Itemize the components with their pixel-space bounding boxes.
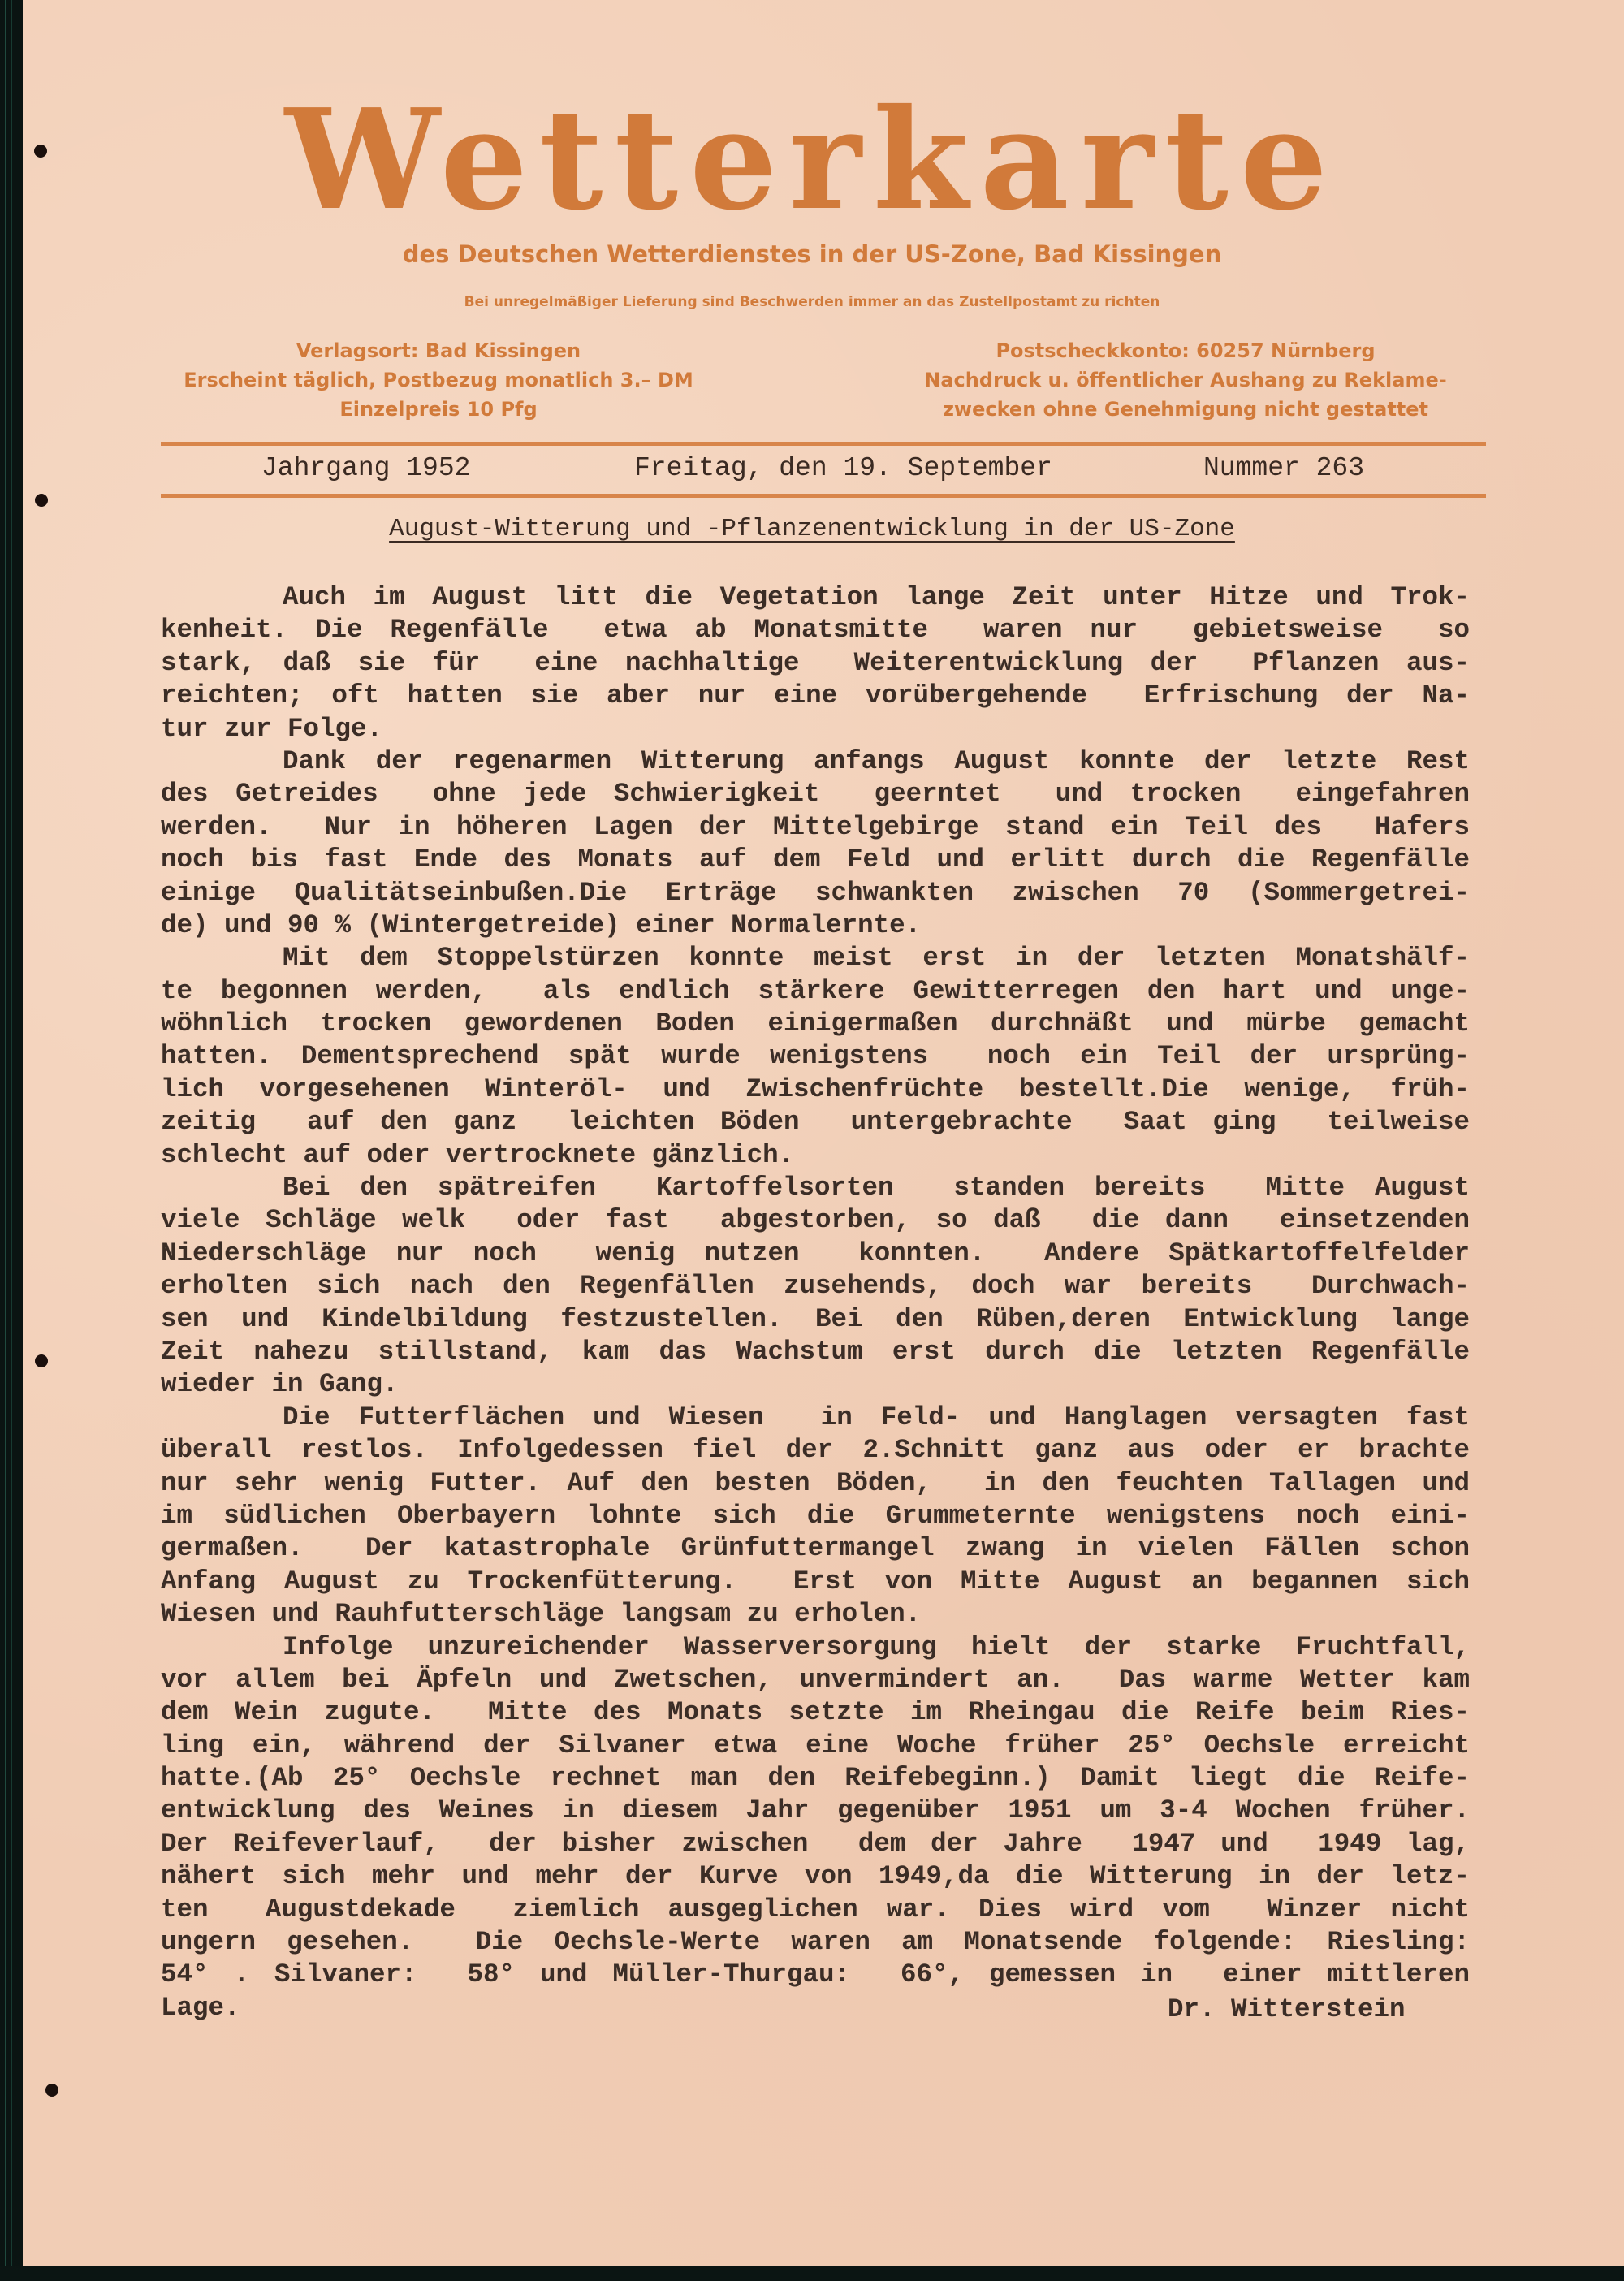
body-line: Zeit nahezu stillstand, kam das Wachstum…: [161, 1336, 1470, 1368]
punch-hole-3: [35, 1354, 48, 1367]
body-line: einige Qualitätseinbußen.Die Erträge sch…: [161, 877, 1470, 909]
body-line: lich vorgesehenen Winteröl- und Zwischen…: [161, 1074, 1470, 1106]
body-line: nur sehr wenig Futter. Auf den besten Bö…: [161, 1467, 1470, 1500]
body-line: hatte.(Ab 25° Oechsle rechnet man den Re…: [161, 1762, 1470, 1795]
body-line: Der Reifeverlauf, der bisher zwischen de…: [161, 1828, 1470, 1860]
body-line: stark, daß sie für eine nachhaltige Weit…: [161, 647, 1470, 680]
body-line: sen und Kindelbildung festzustellen. Bei…: [161, 1303, 1470, 1336]
article-body: Auch im August litt die Vegetation lange…: [161, 581, 1470, 2024]
body-line: ten Augustdekade ziemlich ausgeglichen w…: [161, 1894, 1470, 1926]
article-headline: August-Witterung und -Pflanzenentwicklun…: [0, 515, 1624, 543]
body-line: schlecht auf oder vertrocknete gänzlich.: [161, 1139, 1470, 1172]
body-line: erholten sich nach den Regenfällen zuseh…: [161, 1270, 1470, 1303]
reprint-notice-2: zwecken ohne Genehmigung nicht gestattet: [901, 395, 1470, 424]
body-line: Auch im August litt die Vegetation lange…: [161, 581, 1470, 614]
postal-account: Postscheckkonto: 60257 Nürnberg: [901, 336, 1470, 365]
body-line: tur zur Folge.: [161, 713, 1470, 745]
body-line: im südlichen Oberbayern lohnte sich die …: [161, 1500, 1470, 1532]
body-line: überall restlos. Infolgedessen fiel der …: [161, 1434, 1470, 1467]
body-line: Bei den spätreifen Kartoffelsorten stand…: [161, 1172, 1470, 1204]
body-line: dem Wein zugute. Mitte des Monats setzte…: [161, 1696, 1470, 1729]
body-line: nähert sich mehr und mehr der Kurve von …: [161, 1860, 1470, 1893]
body-line: vor allem bei Äpfeln und Zwetschen, unve…: [161, 1664, 1470, 1696]
top-rule: [161, 442, 1486, 446]
body-line: noch bis fast Ende des Monats auf dem Fe…: [161, 844, 1470, 876]
body-line: Dank der regenarmen Witterung anfangs Au…: [161, 745, 1470, 778]
body-line: Mit dem Stoppelstürzen konnte meist erst…: [161, 942, 1470, 974]
volume-label: Jahrgang 1952: [261, 453, 470, 483]
headline-text: August-Witterung und -Pflanzenentwicklun…: [389, 515, 1235, 543]
punch-hole-4: [45, 2084, 58, 2097]
delivery-notice: Bei unregelmäßiger Lieferung sind Beschw…: [0, 294, 1624, 310]
body-line: Infolge unzureichender Wasserversorgung …: [161, 1631, 1470, 1664]
scanner-bottom-edge: [0, 2266, 1624, 2281]
body-line: Anfang August zu Trockenfütterung. Erst …: [161, 1566, 1470, 1598]
body-line: zeitig auf den ganz leichten Böden unter…: [161, 1106, 1470, 1138]
body-line: Niederschläge nur noch wenig nutzen konn…: [161, 1238, 1470, 1270]
account-info: Postscheckkonto: 60257 Nürnberg Nachdruc…: [901, 336, 1470, 424]
body-line: des Getreides ohne jede Schwierigkeit ge…: [161, 778, 1470, 810]
body-line: Wiesen und Rauhfutterschläge langsam zu …: [161, 1598, 1470, 1631]
body-line: ungern gesehen. Die Oechsle-Werte waren …: [161, 1926, 1470, 1959]
body-line: hatten. Dementsprechend spät wurde wenig…: [161, 1040, 1470, 1073]
issue-number: Nummer 263: [1203, 453, 1364, 483]
body-line: viele Schläge welk oder fast abgestorben…: [161, 1204, 1470, 1237]
bottom-rule: [161, 494, 1486, 498]
body-line: Die Futterflächen und Wiesen in Feld- un…: [161, 1402, 1470, 1434]
body-line: ling ein, während der Silvaner etwa eine…: [161, 1730, 1470, 1762]
scanner-edge: [0, 0, 23, 2281]
dateline: Jahrgang 1952 Freitag, den 19. September…: [161, 453, 1486, 489]
body-line: werden. Nur in höheren Lagen der Mittelg…: [161, 811, 1470, 844]
body-line: te begonnen werden, als endlich stärkere…: [161, 975, 1470, 1008]
body-line: de) und 90 % (Wintergetreide) einer Norm…: [161, 909, 1470, 942]
publisher-place: Verlagsort: Bad Kissingen: [154, 336, 723, 365]
reprint-notice-1: Nachdruck u. öffentlicher Aushang zu Rek…: [901, 365, 1470, 395]
single-price: Einzelpreis 10 Pfg: [154, 395, 723, 424]
body-line: entwicklung des Weines in diesem Jahr ge…: [161, 1795, 1470, 1827]
masthead-title: Wetterkarte: [0, 91, 1624, 229]
author-signature: Dr. Witterstein: [1168, 1994, 1406, 2024]
subscription-info: Erscheint täglich, Postbezug monatlich 3…: [154, 365, 723, 395]
masthead-subtitle: des Deutschen Wetterdienstes in der US-Z…: [0, 240, 1624, 268]
body-line: germaßen. Der katastrophale Grünfutterma…: [161, 1532, 1470, 1565]
body-line: wieder in Gang.: [161, 1368, 1470, 1401]
body-line: 54° . Silvaner: 58° und Müller-Thurgau: …: [161, 1959, 1470, 1991]
body-line: wöhnlich trocken gewordenen Boden einige…: [161, 1008, 1470, 1040]
punch-hole-2: [35, 494, 48, 507]
issue-date: Freitag, den 19. September: [634, 453, 1052, 483]
publisher-info: Verlagsort: Bad Kissingen Erscheint tägl…: [154, 336, 723, 424]
body-line: kenheit. Die Regenfälle etwa ab Monatsmi…: [161, 614, 1470, 646]
body-line: reichten; oft hatten sie aber nur eine v…: [161, 680, 1470, 712]
